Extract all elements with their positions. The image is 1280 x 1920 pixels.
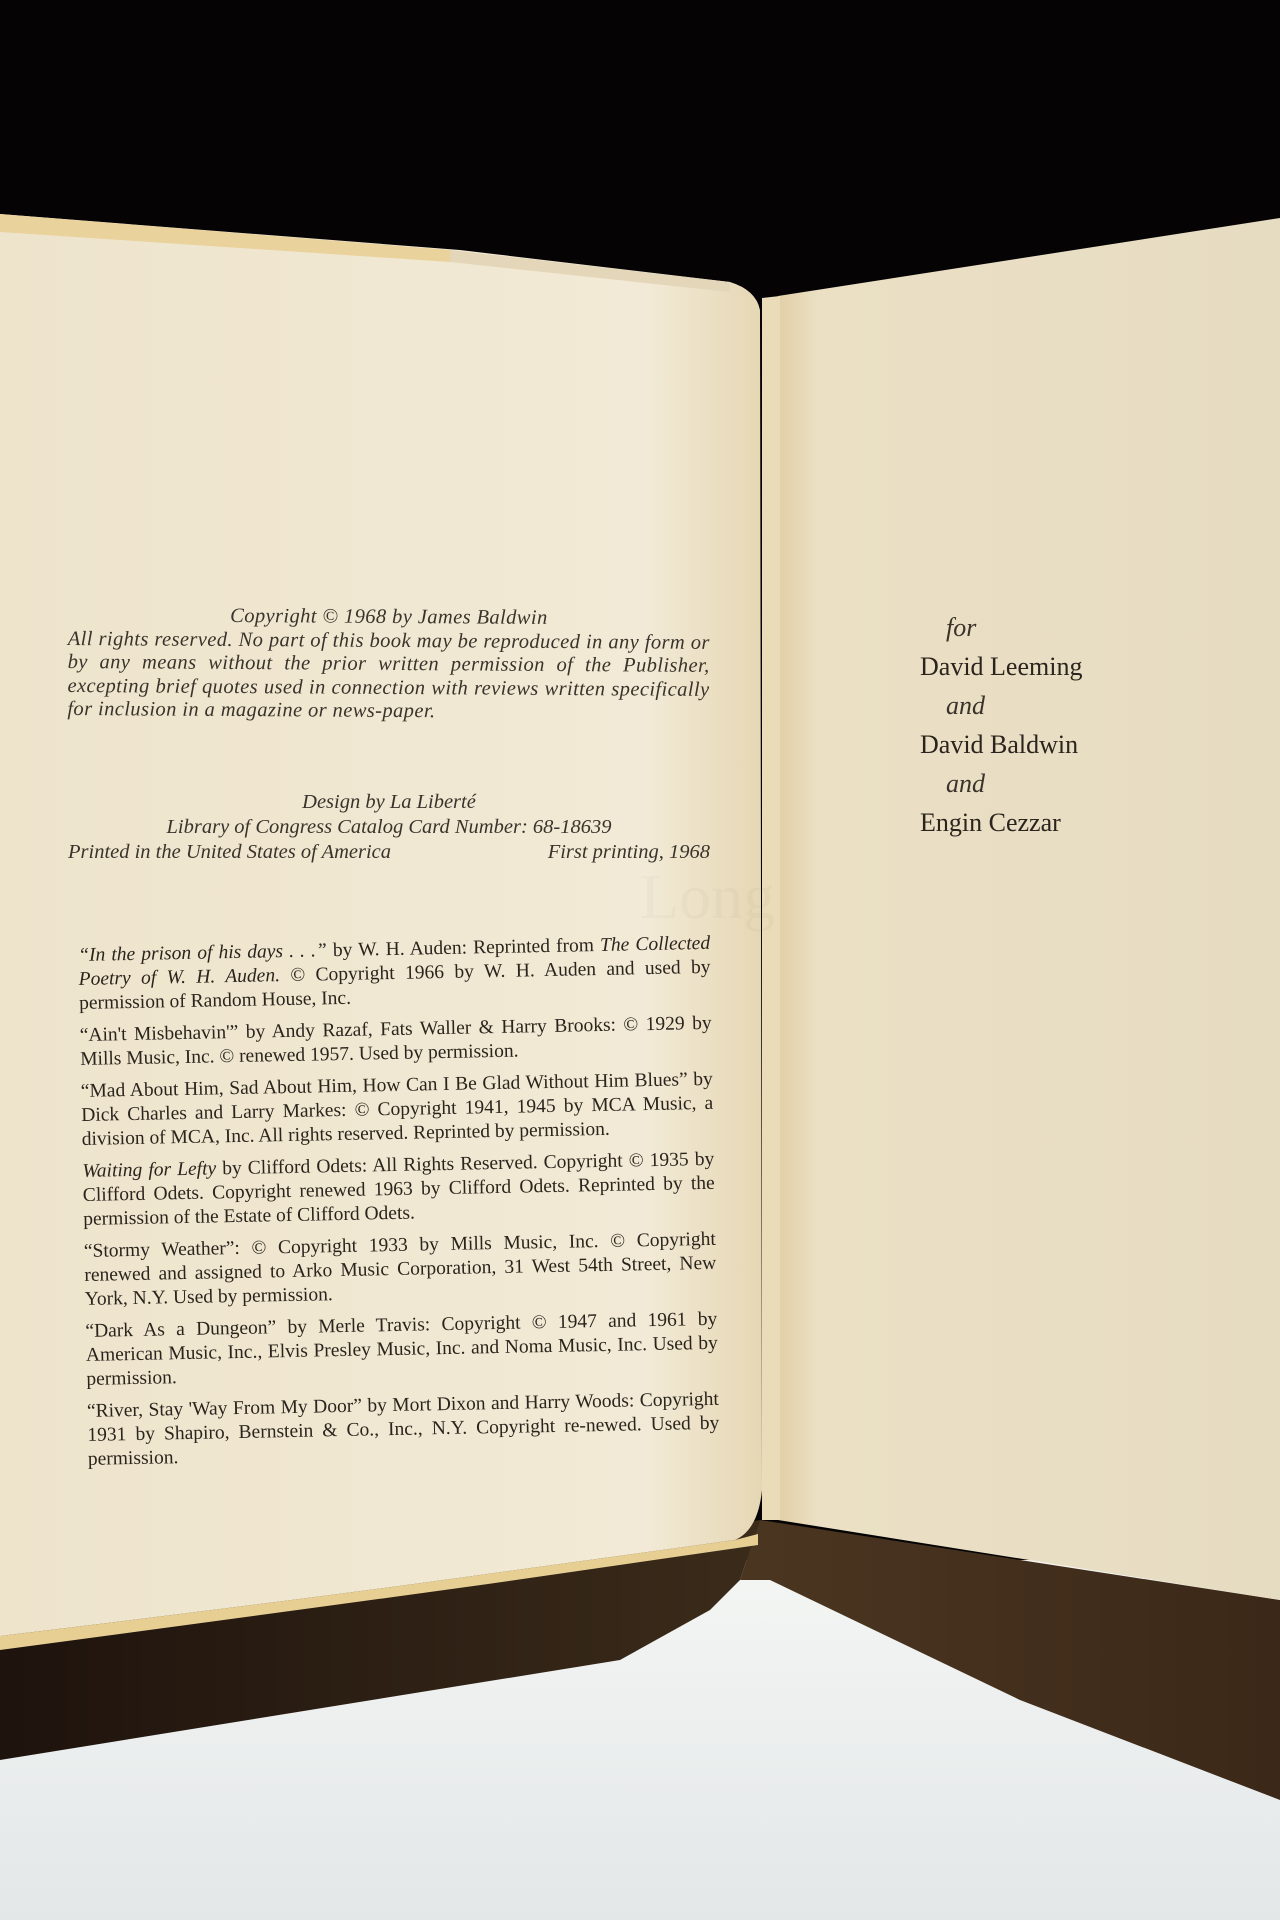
permission-item: “Mad About Him, Sad About Him, How Can I…	[81, 1068, 714, 1152]
dedication-and: and	[920, 764, 1082, 803]
dedication-for: for	[920, 608, 1082, 647]
permission-item: Waiting for Lefty by Clifford Odets: All…	[82, 1148, 715, 1232]
printed-in: Printed in the United States of America	[68, 840, 391, 865]
permission-item: “Dark As a Dungeon” by Merle Travis: Cop…	[85, 1308, 718, 1392]
dedicatee: Engin Cezzar	[920, 803, 1082, 842]
dedication-and: and	[920, 686, 1082, 725]
permission-item: “River, Stay 'Way From My Door” by Mort …	[87, 1388, 720, 1472]
permissions-list: “In the prison of his days . . .” by W. …	[78, 932, 720, 1480]
book-photo: Long Copyright © 1968 by James Baldwin A…	[0, 0, 1280, 1920]
dedicatee: David Baldwin	[920, 725, 1082, 764]
first-printing: First printing, 1968	[548, 840, 710, 865]
rights-reserved-text: All rights reserved. No part of this boo…	[67, 627, 710, 725]
permission-item: “Ain't Misbehavin'” by Andy Razaf, Fats …	[80, 1012, 713, 1072]
copyright-notice: Copyright © 1968 by James Baldwin All ri…	[67, 604, 710, 725]
printing-line: Printed in the United States of America …	[68, 840, 710, 865]
permission-item: “In the prison of his days . . .” by W. …	[78, 932, 711, 1016]
design-credit: Design by La Liberté	[68, 790, 710, 815]
catalog-number: Library of Congress Catalog Card Number:…	[68, 815, 710, 840]
publication-credits: Design by La Liberté Library of Congress…	[68, 790, 710, 865]
show-through-text: Long	[640, 860, 775, 934]
permission-item: “Stormy Weather”: © Copyright 1933 by Mi…	[84, 1228, 717, 1312]
dedicatee: David Leeming	[920, 647, 1082, 686]
dedication: for David Leeming and David Baldwin and …	[920, 608, 1082, 842]
